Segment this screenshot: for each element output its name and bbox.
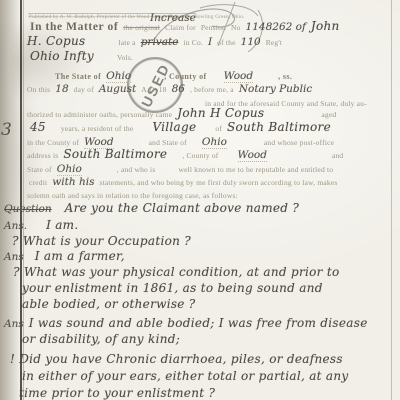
text-segment: Ans: [4, 319, 24, 330]
text-segment: thorized to administer oaths, personally…: [27, 111, 172, 119]
text-segment: No: [231, 24, 241, 32]
text-segment: solemn oath and says in relation to the …: [27, 192, 238, 200]
document-line: ! Did you have Chronic diarrhoea, piles,…: [10, 351, 348, 367]
document-line: ? What was your physical condition, at a…: [13, 264, 344, 280]
text-segment: , County of: [182, 152, 218, 160]
text-segment: your enlistment in 1861, as to being sou…: [22, 282, 323, 294]
text-segment: John: [311, 20, 340, 32]
text-segment: South Baltimore: [63, 148, 167, 160]
text-segment: aged: [321, 111, 336, 119]
text-segment: Ans.: [4, 221, 27, 232]
scanned-document-page: USED 3 Published by A. W. Rudolph, Propr…: [0, 0, 400, 400]
text-segment: 18: [55, 84, 68, 95]
text-segment: I was sound and able bodied; I was free …: [29, 317, 368, 329]
text-segment: August: [99, 84, 136, 95]
text-segment: I: [208, 37, 212, 48]
text-segment: , before me, a: [190, 86, 234, 94]
text-segment: of: [215, 125, 222, 133]
text-segment: Village: [152, 121, 196, 133]
text-segment: private: [141, 37, 179, 48]
text-segment: ! Did you have Chronic diarrhoea, piles,…: [10, 353, 343, 365]
text-segment: ? What is your Occupation ?: [12, 235, 191, 247]
text-segment: day of: [74, 86, 94, 94]
text-segment: Are you the Claimant above named ?: [65, 202, 300, 214]
document-line: In the Matter ofthe originalClaim forPen…: [30, 18, 345, 34]
text-segment: in either of your ears, either total or …: [22, 370, 348, 382]
text-segment: of the: [217, 39, 236, 47]
text-segment: address is: [27, 152, 58, 160]
text-segment: Question: [4, 204, 52, 215]
text-segment: ? What was your physical condition, at a…: [13, 266, 339, 278]
text-segment: 1148262 of: [246, 22, 306, 33]
text-segment: I am a farmer,: [35, 250, 125, 262]
text-segment: 86: [172, 84, 185, 95]
document-line: in either of your ears, either total or …: [22, 368, 353, 384]
text-segment: In the Matter of: [30, 22, 118, 34]
text-segment: Pension: [201, 24, 226, 32]
document-line: H. Copuslate aprivatein Co.Iof the110Reg…: [27, 33, 287, 49]
text-segment: South Baltimore: [227, 121, 331, 133]
text-segment: years, a resident of the: [61, 125, 133, 133]
text-segment: On this: [27, 86, 50, 94]
document-line: ? What is your Occupation ?: [12, 233, 196, 249]
text-segment: able bodied, or otherwise ?: [22, 298, 196, 310]
page-right-edge-line: [391, 0, 392, 400]
margin-note: 3: [1, 120, 12, 140]
text-segment: time prior to your enlistment ?: [19, 387, 215, 399]
document-line: AnsI am a farmer,: [4, 248, 130, 264]
text-segment: Notary Public: [239, 84, 312, 95]
text-segment: Claim for: [165, 24, 196, 32]
text-segment: Ans: [4, 252, 24, 263]
document-line: QuestionAre you the Claimant above named…: [4, 200, 304, 216]
document-line: AnsI was sound and able bodied; I was fr…: [4, 315, 373, 331]
text-segment: the original: [123, 24, 160, 32]
document-line: Ohio InftyVols.: [30, 48, 138, 64]
text-segment: John H Copus: [177, 107, 264, 119]
text-segment: or disability, of any kind;: [22, 333, 180, 345]
document-line: able bodied, or otherwise ?: [22, 296, 201, 312]
text-segment: A.D. 18: [141, 86, 166, 94]
text-segment: 45: [30, 121, 46, 133]
document-line: time prior to your enlistment ?: [19, 385, 220, 400]
text-segment: late a: [118, 39, 135, 47]
text-segment: H. Copus: [27, 35, 85, 47]
text-segment: Ohio Infty: [30, 50, 94, 62]
document-line: your enlistment in 1861, as to being sou…: [22, 280, 328, 296]
document-line: or disability, of any kind;: [22, 331, 185, 347]
text-segment: and: [332, 152, 343, 160]
text-segment: 110: [241, 37, 261, 48]
text-segment: I am.: [46, 219, 78, 231]
document-line: Ans.I am.: [4, 217, 83, 233]
text-segment: Vols.: [117, 54, 133, 62]
text-segment: in Co.: [183, 39, 203, 47]
text-segment: Reg't: [266, 39, 283, 47]
